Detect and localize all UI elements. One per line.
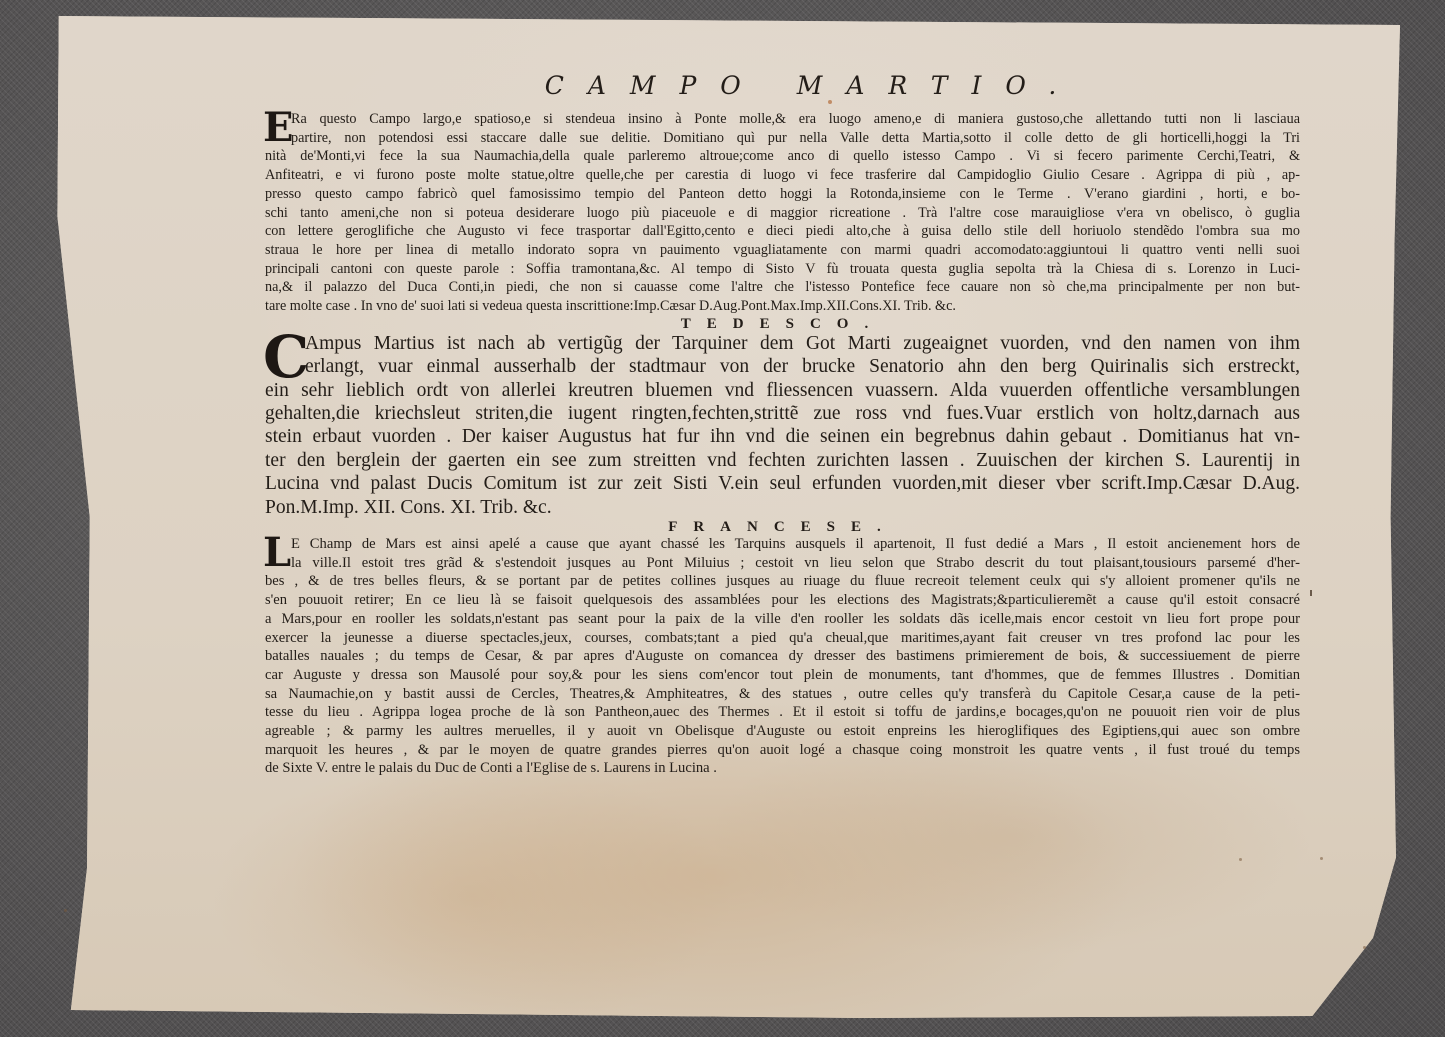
text-line: tare molte case . In vno de' suoi lati s… bbox=[265, 297, 1300, 316]
section-heading-tedesco: TEDESCO. bbox=[265, 316, 1300, 332]
drop-cap: C bbox=[263, 328, 309, 386]
german-section: C Ampus Martius ist nach ab vertigũg der… bbox=[265, 332, 1300, 519]
text-line: exercer la jeunesse a diuerse spectacles… bbox=[265, 629, 1300, 648]
text-line: a Mars,pour en rooller les soldats,n'est… bbox=[265, 610, 1300, 629]
text-line: ter den berglein der gaerten ein see zum… bbox=[265, 449, 1300, 472]
text-line: presso questo campo fabricò quel famosis… bbox=[265, 185, 1300, 204]
text-line: gehalten,die kriechsleut striten,die iug… bbox=[265, 402, 1300, 425]
foxing-spot bbox=[1239, 858, 1242, 861]
french-section: L E Champ de Mars est ainsi apelé a caus… bbox=[265, 535, 1300, 778]
text-line: tesse du lieu . Agrippa logea proche de … bbox=[265, 703, 1300, 722]
text-line: la ville.Il estoit tres grãd & s'estendo… bbox=[265, 554, 1300, 573]
text-line: marquoit les heures , & par le moyen de … bbox=[265, 741, 1300, 760]
text-line: s'en pouuoit retirer; En ce lieu là se f… bbox=[265, 591, 1300, 610]
drop-cap: E bbox=[263, 108, 294, 148]
drop-cap: L bbox=[263, 533, 291, 573]
foxing-spot bbox=[1320, 857, 1323, 860]
text-line: E Champ de Mars est ainsi apelé a cause … bbox=[265, 535, 1300, 554]
page-title: CAMPO MARTIO. bbox=[325, 68, 1300, 104]
text-line: Pon.M.Imp. XII. Cons. XI. Trib. &c. bbox=[265, 496, 1300, 519]
text-line: nità de'Monti,vi fece la sua Naumachia,d… bbox=[265, 147, 1300, 166]
text-line: bes , & de tres belles fleurs, & se port… bbox=[265, 572, 1300, 591]
text-line: partire, non potendosi essi staccare dal… bbox=[265, 129, 1300, 148]
document-body: CAMPO MARTIO. E Ra questo Campo largo,e … bbox=[265, 68, 1300, 778]
foxing-spot bbox=[1363, 946, 1366, 949]
text-line: de Sixte V. entre le palais du Duc de Co… bbox=[265, 759, 1300, 778]
section-heading-francese: FRANCESE. bbox=[265, 519, 1300, 535]
text-line: principali cantoni con queste parole : S… bbox=[265, 260, 1300, 279]
text-line: sa Naumachie,on y bastit aussi de Cercle… bbox=[265, 685, 1300, 704]
foxing-spot bbox=[64, 909, 67, 912]
text-line: Lucina vnd palast Ducis Comitum ist zur … bbox=[265, 472, 1300, 495]
text-line: Ampus Martius ist nach ab vertigũg der T… bbox=[265, 332, 1300, 355]
text-line: Anfiteatri, e vi furono poste molte stat… bbox=[265, 166, 1300, 185]
margin-mark bbox=[1310, 590, 1312, 596]
text-line: stein erbaut vuorden . Der kaiser August… bbox=[265, 425, 1300, 448]
text-line: batalles nauales ; du temps de Cesar, & … bbox=[265, 647, 1300, 666]
text-line: schi tanto ameni,che non si poteua desid… bbox=[265, 204, 1300, 223]
text-line: ein sehr lieblich ordt von allerlei kreu… bbox=[265, 379, 1300, 402]
text-line: Ra questo Campo largo,e spatioso,e si st… bbox=[265, 110, 1300, 129]
text-line: con lettere geroglifiche che Augusto vi … bbox=[265, 222, 1300, 241]
text-line: erlangt, vuar einmal ausserhalb der stad… bbox=[265, 355, 1300, 378]
text-line: car Auguste y dressa son Mausolé pour so… bbox=[265, 666, 1300, 685]
text-line: na,& il palazzo del Duca Conti,in piedi,… bbox=[265, 278, 1300, 297]
text-line: agreable ; & parmy les aultres meruelles… bbox=[265, 722, 1300, 741]
text-line: straua le hore per linea di metallo indo… bbox=[265, 241, 1300, 260]
italian-section: E Ra questo Campo largo,e spatioso,e si … bbox=[265, 110, 1300, 316]
